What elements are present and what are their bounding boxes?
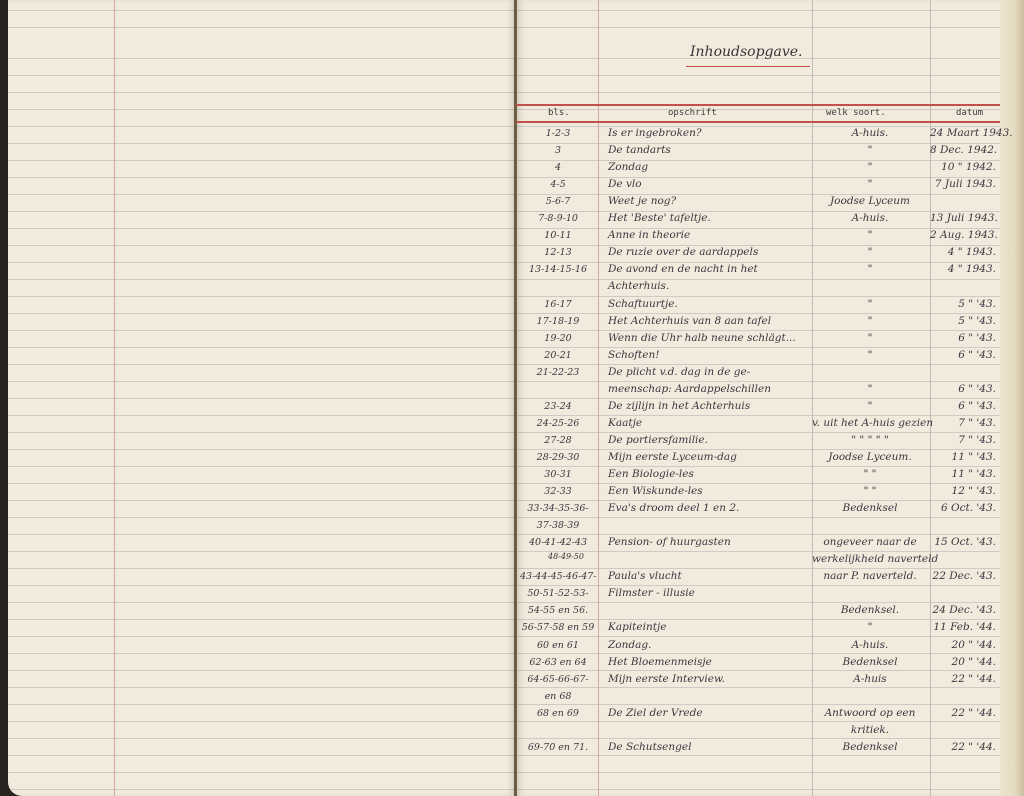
title-cell: Een Wiskunde-les (608, 484, 808, 499)
table-row: 54-55 en 56.Bedenksel.24 Dec. '43. (516, 603, 1000, 620)
kind-cell: kritiek. (812, 723, 928, 738)
table-row: 40-41-42-43Pension- of huurgastenongevee… (516, 535, 1000, 552)
page-range-cell: 7-8-9-10 (520, 211, 596, 226)
table-row: 69-70 en 71.De SchutsengelBedenksel22 " … (516, 740, 1000, 757)
page-range-cell: 69-70 en 71. (520, 740, 596, 755)
date-cell: 6 " '43. (930, 348, 996, 363)
date-cell: 11 " '43. (930, 467, 996, 482)
title-cell: Zondag (608, 160, 808, 175)
kind-cell: " " (812, 467, 928, 482)
date-cell: 24 Dec. '43. (930, 603, 996, 618)
kind-cell: A-huis. (812, 126, 928, 141)
date-cell: 6 Oct. '43. (930, 501, 996, 516)
date-cell: 13 Juli 1943. (930, 211, 996, 226)
kind-cell: A-huis (812, 672, 928, 687)
table-row: 19-20Wenn die Uhr halb neune schlägt..."… (516, 331, 1000, 348)
date-cell: 5 " '43. (930, 297, 996, 312)
table-row: 27-28De portiersfamilie." " " " "7 " '43… (516, 433, 1000, 450)
table-row: 68 en 69De Ziel der VredeAntwoord op een… (516, 706, 1000, 723)
title-cell: De Schutsengel (608, 740, 808, 755)
table-row: 13-14-15-16De avond en de nacht in het"4… (516, 262, 1000, 279)
title-underline (686, 66, 810, 67)
table-row: 4 Zondag"10 " 1942. (516, 160, 1000, 177)
title-cell: Weet je nog? (608, 194, 808, 209)
table-row: 20-21 Schoften!"6 " '43. (516, 348, 1000, 365)
page-range-cell: 1-2-3 (520, 126, 596, 141)
date-cell: 22 " '44. (930, 706, 996, 721)
table-row: kritiek. (516, 723, 1000, 740)
table-row: 50-51-52-53- Filmster - illusie (516, 586, 1000, 603)
page-range-cell: 5-6-7 (520, 194, 596, 209)
table-row: 33-34-35-36- Eva's droom deel 1 en 2.Bed… (516, 501, 1000, 518)
date-cell: 4 " 1943. (930, 245, 996, 260)
title-cell: De plicht v.d. dag in de ge- (608, 365, 808, 380)
title-cell: Anne in theorie (608, 228, 808, 243)
page-range-cell: 60 en 61 (520, 638, 596, 653)
title-cell: De tandarts (608, 143, 808, 158)
kind-cell: " (812, 228, 928, 243)
kind-cell: " (812, 348, 928, 363)
left-page-margin-line (114, 0, 115, 796)
date-cell: 6 " '43. (930, 331, 996, 346)
date-cell: 7 " '43. (930, 433, 996, 448)
title-cell: Filmster - illusie (608, 586, 808, 601)
kind-cell: werkelijkheid naverteld (812, 552, 928, 567)
page-range-cell: 10-11 (520, 228, 596, 243)
title-cell: Het 'Beste' tafeltje. (608, 211, 808, 226)
page-range-cell: 27-28 (520, 433, 596, 448)
table-row: 7-8-9-10Het 'Beste' tafeltje.A-huis.13 J… (516, 211, 1000, 228)
kind-cell: " (812, 160, 928, 175)
title-cell: Een Biologie-les (608, 467, 808, 482)
page-range-cell: 3 (520, 143, 596, 158)
kind-cell: Antwoord op een (812, 706, 928, 721)
kind-cell: " (812, 262, 928, 277)
table-row: 5-6-7Weet je nog?Joodse Lyceum (516, 194, 1000, 211)
page-range-cell: 40-41-42-43 (520, 535, 596, 550)
table-row: 28-29-30Mijn eerste Lyceum-dagJoodse Lyc… (516, 450, 1000, 467)
title-cell: Pension- of huurgasten (608, 535, 808, 550)
kind-cell: ongeveer naar de (812, 535, 928, 550)
header-rule-bottom (516, 121, 1000, 123)
date-cell: 6 " '43. (930, 382, 996, 397)
date-cell: 24 Maart 1943. (930, 126, 996, 141)
table-row: 62-63 en 64Het BloemenmeisjeBedenksel20 … (516, 655, 1000, 672)
date-cell: 22 Dec. '43. (930, 569, 996, 584)
page-range-cell: 43-44-45-46-47- (520, 569, 596, 584)
table-row: Achterhuis. (516, 279, 1000, 296)
page-range-cell: 62-63 en 64 (520, 655, 596, 670)
table-row: 60 en 61 Zondag.A-huis.20 " '44. (516, 638, 1000, 655)
table-row: 16-17 Schaftuurtje."5 " '43. (516, 297, 1000, 314)
table-row: werkelijkheid naverteld (516, 552, 1000, 569)
table-row: 64-65-66-67-Mijn eerste Interview.A-huis… (516, 672, 1000, 689)
page-range-cell: 64-65-66-67- (520, 672, 596, 687)
title-cell: De avond en de nacht in het (608, 262, 808, 277)
date-cell: 20 " '44. (930, 655, 996, 670)
date-cell: 10 " 1942. (930, 160, 996, 175)
kind-cell: " (812, 382, 928, 397)
table-row: 4-5De vlo"7 Juli 1943. (516, 177, 1000, 194)
kind-cell: Joodse Lyceum. (812, 450, 928, 465)
title-cell: Zondag. (608, 638, 808, 653)
kind-cell: Joodse Lyceum (812, 194, 928, 209)
page-range-cell: 4-5 (520, 177, 596, 192)
title-cell: Het Achterhuis van 8 aan tafel (608, 314, 808, 329)
page-range-cell: 56-57-58 en 59 (520, 620, 596, 635)
date-cell: 4 " 1943. (930, 262, 996, 277)
page-range-cell: 19-20 (520, 331, 596, 346)
page-title: Inhoudsopgave. (690, 44, 803, 60)
kind-cell: Bedenksel (812, 740, 928, 755)
page-range-cell: en 68 (520, 689, 596, 704)
page-range-cell: 68 en 69 (520, 706, 596, 721)
kind-cell: " (812, 177, 928, 192)
title-cell: De Ziel der Vrede (608, 706, 808, 721)
column-header-date: datum (956, 108, 983, 118)
table-row: 21-22-23De plicht v.d. dag in de ge- (516, 365, 1000, 382)
page-range-cell: 17-18-19 (520, 314, 596, 329)
page-range-cell: 54-55 en 56. (520, 603, 596, 618)
page-stack-edge (1000, 0, 1024, 796)
date-cell: 22 " '44. (930, 672, 996, 687)
title-cell: De zijlijn in het Achterhuis (608, 399, 808, 414)
table-row: 1-2-3Is er ingebroken?A-huis.24 Maart 19… (516, 126, 1000, 143)
table-row: 12-13De ruzie over de aardappels"4 " 194… (516, 245, 1000, 262)
kind-cell: A-huis. (812, 638, 928, 653)
title-cell: meenschap: Aardappelschillen (608, 382, 808, 397)
page-range-cell: 50-51-52-53- (520, 586, 596, 601)
page-range-cell: 32-33 (520, 484, 596, 499)
date-cell: 6 " '43. (930, 399, 996, 414)
page-range-cell: 12-13 (520, 245, 596, 260)
title-cell: Kapiteintje (608, 620, 808, 635)
page-range-cell: 37-38-39 (520, 518, 596, 533)
kind-cell: Bedenksel (812, 655, 928, 670)
table-row: 10-11 Anne in theorie"2 Aug. 1943. (516, 228, 1000, 245)
kind-cell: " (812, 620, 928, 635)
page-range-cell: 24-25-26 (520, 416, 596, 431)
date-cell: 8 Dec. 1942. (930, 143, 996, 158)
title-cell: Wenn die Uhr halb neune schlägt... (608, 331, 808, 346)
date-cell: 2 Aug. 1943. (930, 228, 996, 243)
header-rule-top (516, 104, 1000, 106)
page-range-note: 48-49-50 (548, 552, 584, 561)
table-row: 43-44-45-46-47-Paula's vluchtnaar P. nav… (516, 569, 1000, 586)
title-cell: Paula's vlucht (608, 569, 808, 584)
kind-cell: " " (812, 484, 928, 499)
kind-cell: " (812, 143, 928, 158)
kind-cell: Bedenksel (812, 501, 928, 516)
date-cell: 5 " '43. (930, 314, 996, 329)
kind-cell: " (812, 331, 928, 346)
kind-cell: " " " " " (812, 433, 928, 448)
table-row: 32-33Een Wiskunde-les" "12 " '43. (516, 484, 1000, 501)
kind-cell: " (812, 399, 928, 414)
column-header-kind: welk soort. (826, 108, 886, 118)
table-row: 37-38-39 (516, 518, 1000, 535)
table-row: meenschap: Aardappelschillen"6 " '43. (516, 382, 1000, 399)
title-cell: Mijn eerste Lyceum-dag (608, 450, 808, 465)
title-cell: Schoften! (608, 348, 808, 363)
page-range-cell: 33-34-35-36- (520, 501, 596, 516)
page-range-cell: 23-24 (520, 399, 596, 414)
date-cell: 12 " '43. (930, 484, 996, 499)
kind-cell: " (812, 314, 928, 329)
title-cell: Kaatje (608, 416, 808, 431)
title-cell: Mijn eerste Interview. (608, 672, 808, 687)
table-row: 23-24De zijlijn in het Achterhuis"6 " '4… (516, 399, 1000, 416)
title-cell: Achterhuis. (608, 279, 808, 294)
table-row: 3De tandarts"8 Dec. 1942. (516, 143, 1000, 160)
date-cell: 11 Feb. '44. (930, 620, 996, 635)
kind-cell: v. uit het A-huis gezien (812, 416, 928, 431)
table-row: 17-18-19Het Achterhuis van 8 aan tafel"5… (516, 314, 1000, 331)
date-cell: 7 " '43. (930, 416, 996, 431)
title-cell: Is er ingebroken? (608, 126, 808, 141)
page-range-cell: 21-22-23 (520, 365, 596, 380)
kind-cell: " (812, 245, 928, 260)
kind-cell: Bedenksel. (812, 603, 928, 618)
kind-cell: A-huis. (812, 211, 928, 226)
title-cell: Het Bloemenmeisje (608, 655, 808, 670)
page-range-cell: 16-17 (520, 297, 596, 312)
page-range-cell: 13-14-15-16 (520, 262, 596, 277)
date-cell: 20 " '44. (930, 638, 996, 653)
date-cell: 15 Oct. '43. (930, 535, 996, 550)
date-cell: 22 " '44. (930, 740, 996, 755)
title-cell: De ruzie over de aardappels (608, 245, 808, 260)
date-cell: 11 " '43. (930, 450, 996, 465)
page-range-cell: 20-21 (520, 348, 596, 363)
page-range-cell: 28-29-30 (520, 450, 596, 465)
title-cell: Eva's droom deel 1 en 2. (608, 501, 808, 516)
table-row: 56-57-58 en 59Kapiteintje"11 Feb. '44. (516, 620, 1000, 637)
kind-cell: " (812, 297, 928, 312)
table-row: en 68 (516, 689, 1000, 706)
title-cell: Schaftuurtje. (608, 297, 808, 312)
title-cell: De portiersfamilie. (608, 433, 808, 448)
page-range-cell: 4 (520, 160, 596, 175)
page-range-cell: 30-31 (520, 467, 596, 482)
left-page-blank (8, 0, 516, 796)
table-row: 24-25-26 Kaatjev. uit het A-huis gezien7… (516, 416, 1000, 433)
kind-cell: naar P. naverteld. (812, 569, 928, 584)
title-cell: De vlo (608, 177, 808, 192)
date-cell: 7 Juli 1943. (930, 177, 996, 192)
column-header-pages: bls. (548, 108, 570, 118)
column-header-title: opschrift (668, 108, 717, 118)
table-row: 30-31Een Biologie-les" "11 " '43. (516, 467, 1000, 484)
